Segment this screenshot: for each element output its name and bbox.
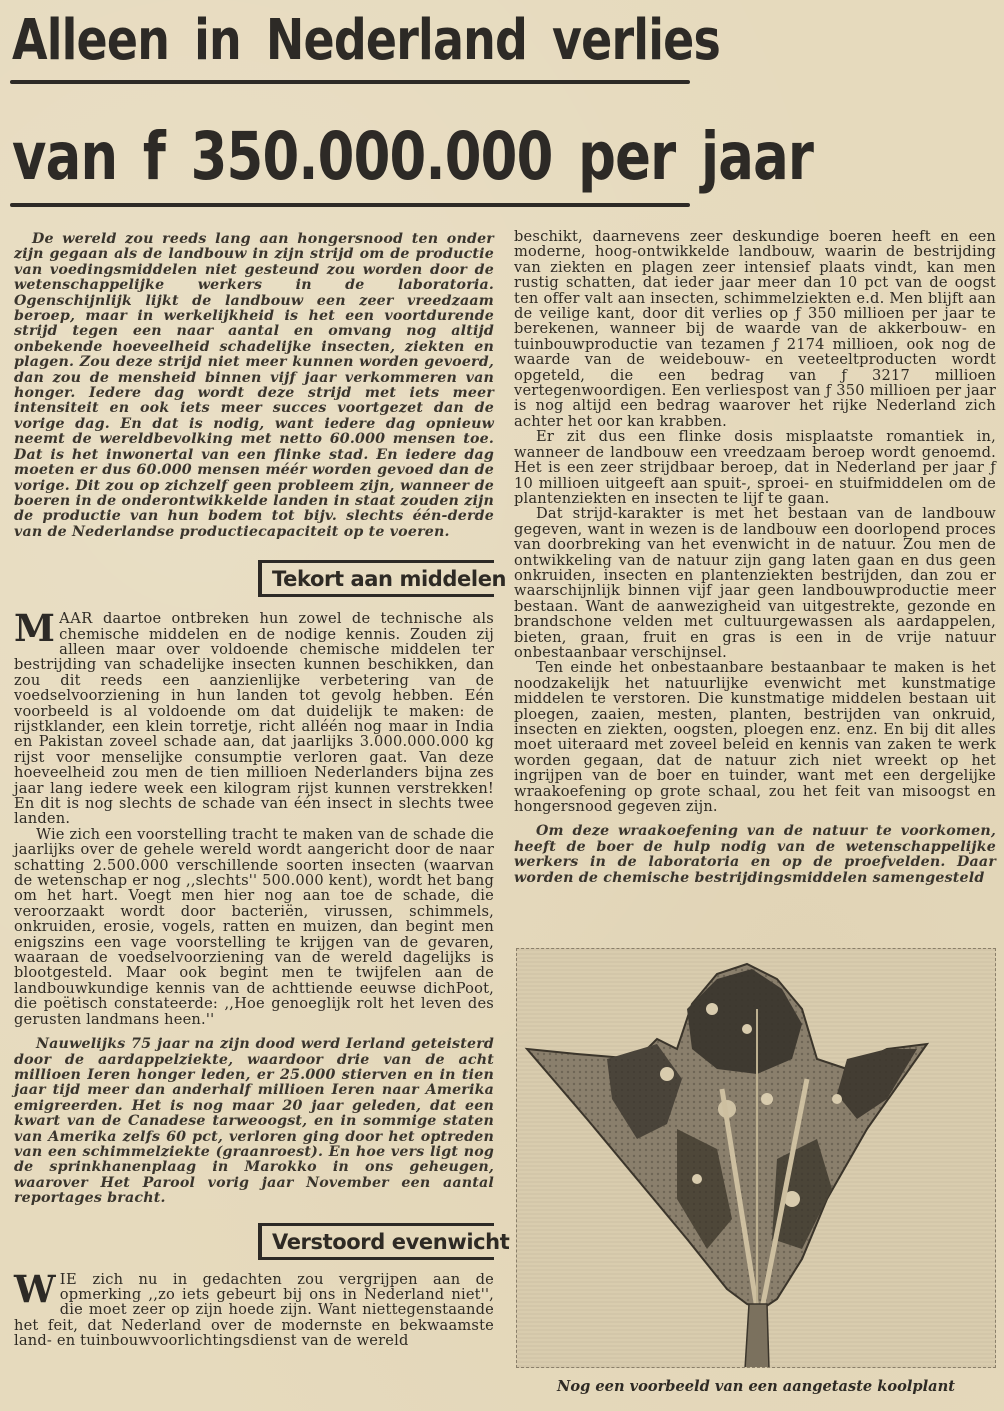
photo-caption: Nog een voorbeeld van een aangetaste koo… [516,1378,996,1395]
cabbage-leaf-illustration [517,949,996,1368]
dropcap-m: M [14,613,55,643]
photo-diseased-cabbage [516,948,996,1368]
subheading-verstoord: Verstoord evenwicht [258,1223,494,1260]
right-column: beschikt, daarnevens zeer deskundige boe… [514,229,996,886]
section2-paragraph-1: WIE zich nu in gedachten zou vergrijpen … [14,1272,494,1349]
paragraph-text: daartoe ontbreken hun zowel de technisch… [14,610,494,827]
headline-rule-top [10,80,690,84]
dropcap-w: W [14,1274,56,1304]
section2-paragraph-5: Om deze wraakoefening van de natuur te v… [514,824,996,886]
section2-paragraph-3: Dat strijd-karakter is met het bestaan v… [514,506,996,660]
paragraph-text: zich nu in gedachten zou vergrijpen aan … [14,1271,494,1350]
subheading-box-1: Tekort aan middelen [14,560,494,597]
section1-paragraph-2: Wie zich een voorstelling tracht te make… [14,827,494,1027]
headline-line-1: Alleen in Nederland verlies [12,8,568,73]
headline-line-2: van f 350.000.000 per jaar [12,118,554,195]
left-column: De wereld zou reeds lang aan hongersnood… [14,232,494,1349]
subheading-tekort: Tekort aan middelen [258,560,494,597]
headline-rule-bottom [10,203,690,207]
section1-paragraph-3: Nauwelijks 75 jaar na zijn dood werd Ier… [14,1037,494,1206]
section2-paragraph-2: Er zit dus een flinke dosis misplaatste … [514,429,996,506]
intro-paragraph: De wereld zou reeds lang aan hongersnood… [14,232,494,540]
section2-paragraph-4: Ten einde het onbestaanbare bestaanbaar … [514,660,996,814]
section1-paragraph-1: MAAR daartoe ontbreken hun zowel de tech… [14,611,494,827]
subheading-box-2: Verstoord evenwicht [14,1223,494,1260]
section2-paragraph-1-continued: beschikt, daarnevens zeer deskundige boe… [514,229,996,429]
